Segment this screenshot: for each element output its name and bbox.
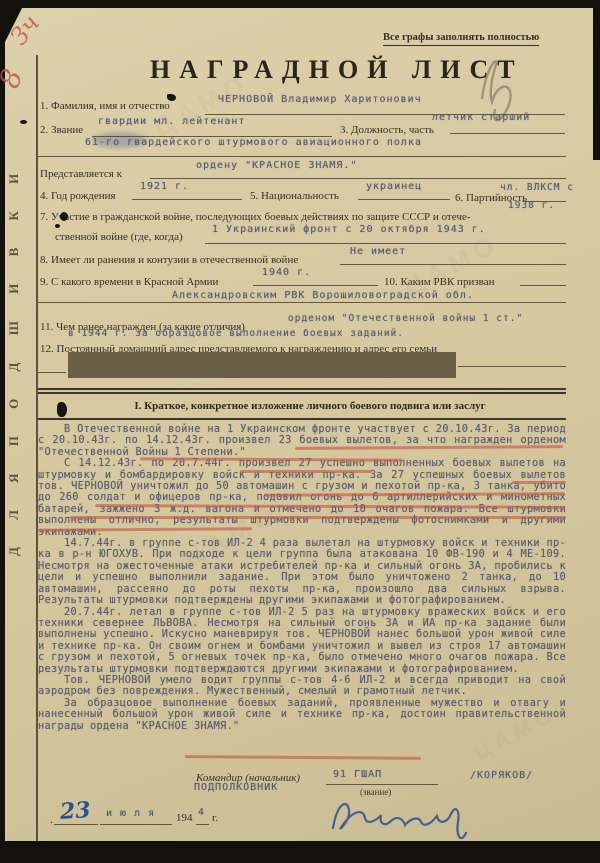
ink-blot	[167, 94, 176, 101]
scan-edge-left	[0, 0, 5, 863]
red-underline-mark	[70, 516, 566, 519]
commander-unit: 91 ГШАП	[333, 769, 382, 780]
field-label-rank: 2. Звание	[40, 124, 83, 136]
redaction-bar	[68, 352, 456, 378]
date-day-handwritten: 23	[59, 797, 91, 825]
red-underline-mark	[512, 481, 566, 484]
award-sheet-page: ЦАМО ЦАМО ЦАМО ЦАМО Д Л Я П О Д Ш И В К …	[0, 0, 600, 863]
field-label-nationality: 5. Национальность	[250, 190, 339, 202]
rule	[253, 285, 378, 286]
rule	[38, 372, 66, 373]
citation-paragraph: За образцовое выполнение боевых заданий,…	[38, 698, 566, 732]
field-label-wounds: 8. Имеет ли ранения и контузии в отечест…	[40, 254, 298, 266]
scan-edge-right	[593, 0, 600, 160]
field-label-war-participation-2: ственной войне (где, когда)	[55, 231, 183, 243]
date-suffix: г.	[212, 812, 218, 824]
field-label-name: 1. Фамилия, имя и отчество	[40, 100, 170, 112]
rule	[450, 133, 565, 134]
citation-paragraph: 14.7.44г. в группе с-тов ИЛ-2 4 раза выл…	[38, 538, 566, 606]
field-value-prior-awards-2: в 1944 г. за образцовое выполнение боевы…	[68, 328, 404, 339]
citation-paragraph: Тов. ЧЕРНОВОЙ умело водит группы с-тов 4…	[38, 675, 566, 698]
rule	[38, 302, 566, 303]
ink-blot	[55, 224, 60, 228]
ink-blot	[57, 402, 67, 417]
field-label-rvk: 10. Каким РВК призван	[384, 276, 495, 288]
date-dot: .	[50, 812, 53, 827]
field-label-war-participation-1: 7. Участие в гражданской войне, последую…	[40, 211, 470, 223]
rule	[38, 156, 566, 157]
date-year-printed: 194	[176, 812, 193, 824]
date-year-digit: 4	[198, 807, 205, 818]
scan-edge-top	[0, 0, 600, 8]
field-label-presented: Представляется к	[40, 168, 122, 180]
commander-signature	[325, 788, 500, 848]
red-underline-mark	[240, 470, 372, 473]
field-value-rank: гвардии мл. лейтенант	[98, 116, 245, 127]
rule	[340, 264, 566, 265]
field-value-prior-awards-1: орденом "Отечественной войны 1 ст."	[288, 313, 523, 324]
divider-line	[38, 388, 566, 390]
ink-blot	[20, 120, 27, 124]
fill-all-fields-note: Все графы заполнять полностью	[383, 32, 539, 46]
rule	[132, 199, 242, 200]
rule	[150, 178, 566, 179]
commander-rank: ПОДПОЛКОВНИК	[194, 782, 278, 793]
field-value-name: ЧЕРНОВОЙ Владимир Харитонович	[218, 94, 422, 105]
field-label-birth-year: 4. Год рождения	[40, 190, 116, 202]
rule	[196, 824, 209, 825]
field-value-nationality: украинец	[366, 181, 422, 192]
field-label-army-since: 9. С какого времени в Красной Армии	[40, 276, 218, 288]
field-label-position: 3. Должность, часть	[340, 124, 434, 136]
field-value-position-2: 61-го гвардейского штурмового авиационно…	[85, 137, 422, 148]
field-value-wounds: Не имеет	[350, 246, 406, 257]
rule	[358, 199, 450, 200]
rule	[326, 784, 438, 785]
filing-side-text: Д Л Я П О Д Ш И В К И	[6, 162, 22, 556]
rule	[520, 285, 566, 286]
citation-paragraph: 20.7.44г. летал в группе с-тов ИЛ-2 5 ра…	[38, 607, 566, 675]
field-value-birth-year: 1921 г.	[140, 181, 189, 192]
field-value-presented: ордену "КРАСНОЕ ЗНАМЯ."	[196, 160, 357, 171]
scan-edge-bottom	[0, 841, 600, 863]
rule	[54, 824, 98, 825]
field-value-party-1: чл. ВЛКСМ с	[500, 182, 574, 193]
red-underline-mark	[185, 755, 421, 759]
commander-name: /КОРЯКОВ/	[470, 770, 533, 781]
section1-heading: I. Краткое, конкретное изложение личного…	[90, 400, 530, 412]
citation-paragraph: В Отечественной войне на 1 Украинском фр…	[38, 424, 566, 458]
field-value-war-participation: 1 Украинский фронт с 20 октября 1943 г.	[212, 224, 486, 235]
divider-line	[38, 418, 566, 420]
field-value-rvk: Александровским РВК Ворошиловоградской о…	[172, 290, 474, 301]
field-value-party-2: 1938 г.	[508, 200, 555, 211]
ink-blot	[60, 212, 68, 221]
divider-line	[38, 392, 566, 394]
rule	[100, 824, 172, 825]
rule	[458, 366, 566, 367]
field-value-army-since: 1940 г.	[262, 267, 311, 278]
date-month: и ю л я	[106, 808, 155, 819]
rule	[205, 243, 566, 244]
field-value-position-1: летчик старший	[432, 112, 530, 123]
